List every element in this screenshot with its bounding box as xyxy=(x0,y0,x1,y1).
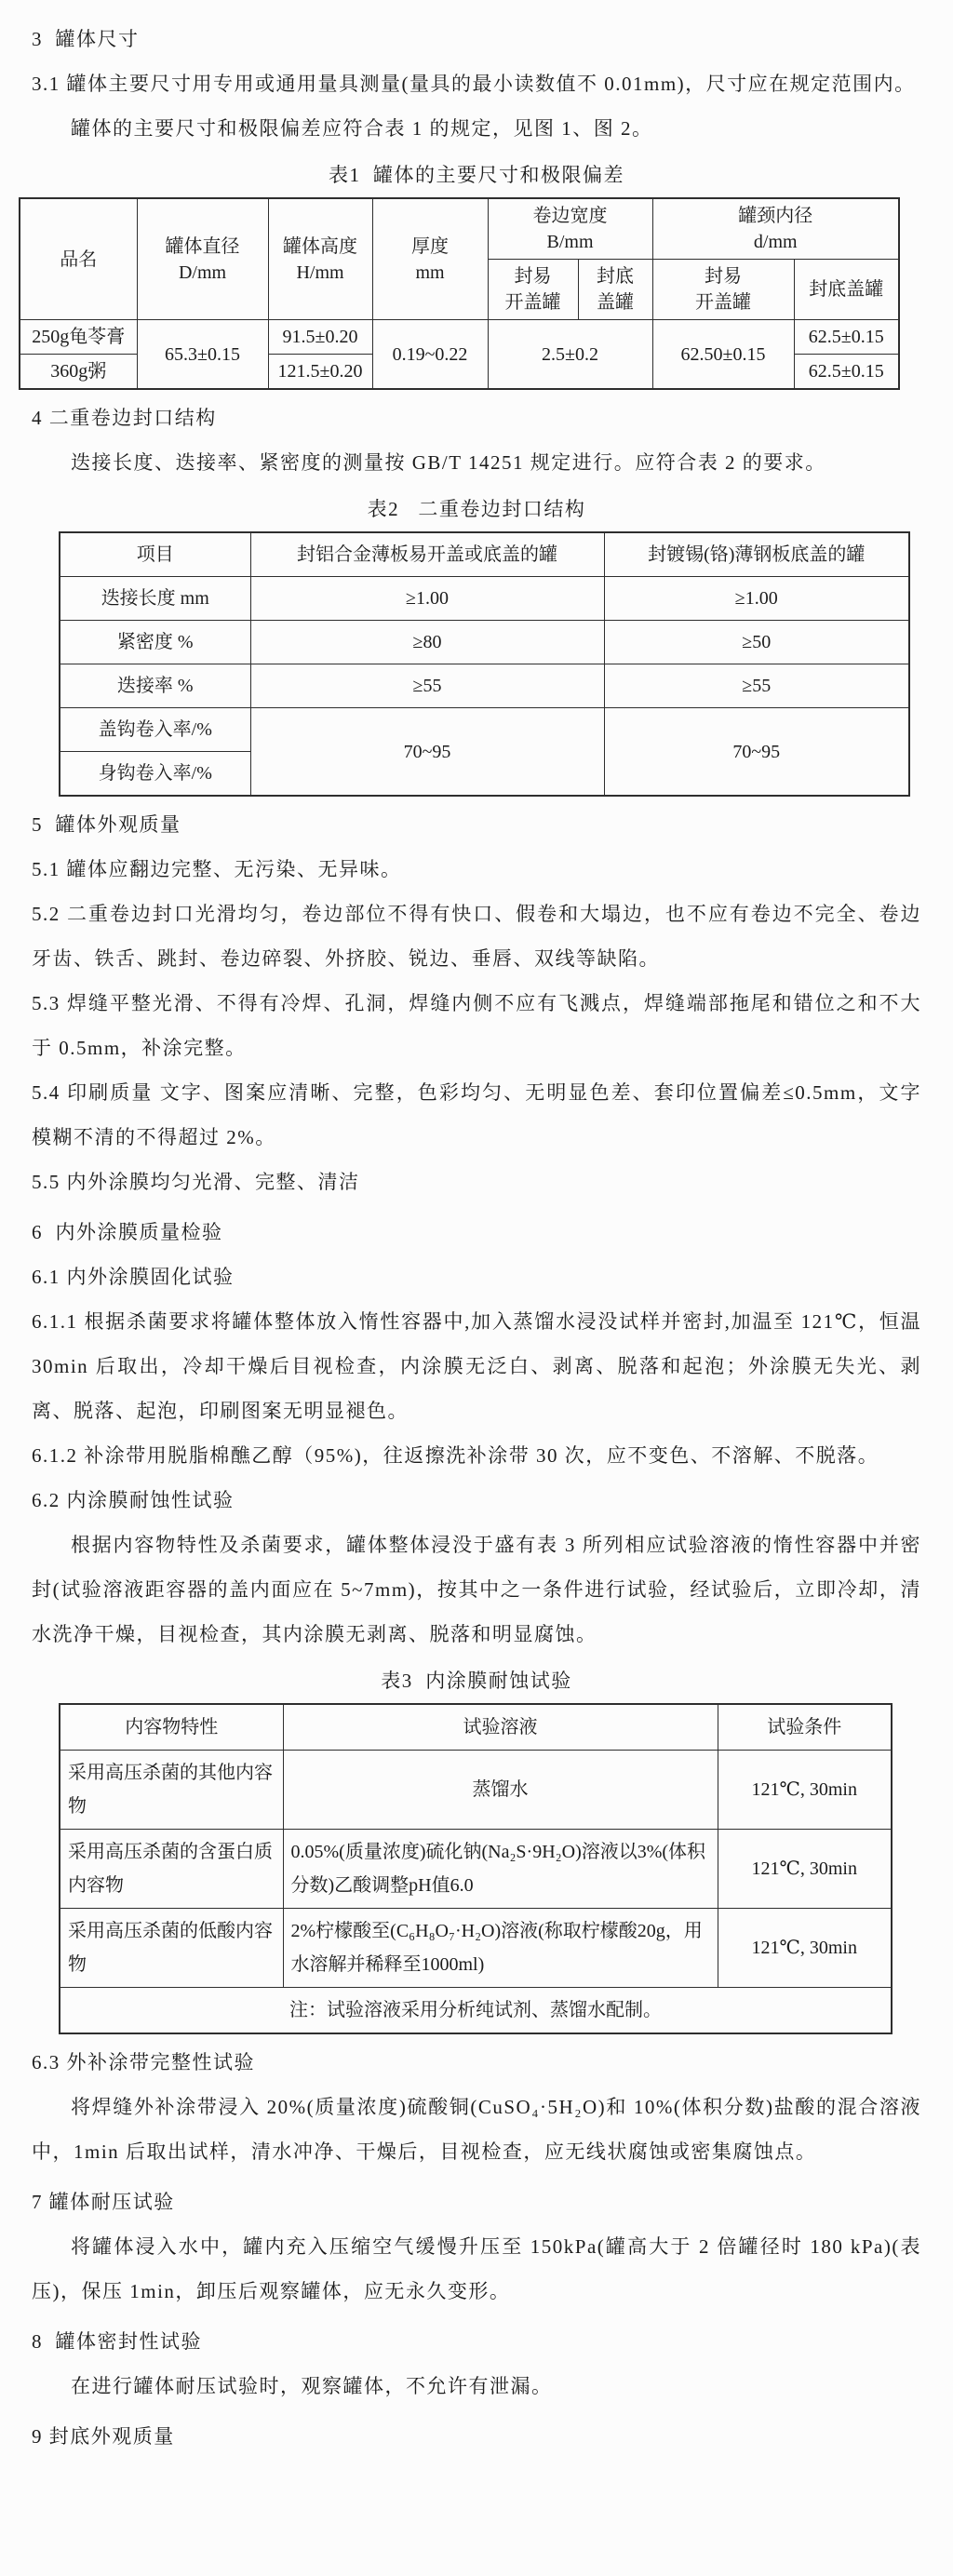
t2-header-item: 项目 xyxy=(60,532,250,577)
t1-header-neck-id: 罐颈内径 d/mm xyxy=(652,198,899,260)
heading-section-9: 9 封底外观质量 xyxy=(32,2414,921,2459)
t1-header-product: 品名 xyxy=(20,198,137,320)
heading-section-3: 3 罐体尺寸 xyxy=(32,17,921,61)
t1-header-diameter: 罐体直径 D/mm xyxy=(137,198,268,320)
t1-header-height: 罐体高度 H/mm xyxy=(268,198,372,320)
t3-row3-content: 采用高压杀菌的低酸内容物 xyxy=(60,1909,283,1988)
para-3-1: 3.1 罐体主要尺寸用专用或通用量具测量(量具的最小读数值不 0.01mm)，尺… xyxy=(32,61,921,106)
heading-section-8: 8 罐体密封性试验 xyxy=(32,2319,921,2364)
para-6-3: 6.3 外补涂带完整性试验 xyxy=(32,2040,921,2085)
table-row: 迭接长度 mm ≥1.00 ≥1.00 xyxy=(60,577,909,621)
t1-header-b-easy-open: 封易 开盖罐 xyxy=(488,260,578,320)
t1-header-d-easy-open: 封易 开盖罐 xyxy=(652,260,794,320)
table-row: 采用高压杀菌的低酸内容物 2%柠檬酸至(C₆H₈O₇·H₂O)溶液(称取柠檬酸2… xyxy=(60,1909,892,1988)
t2-body-hook-label: 身钩卷入率/% xyxy=(60,752,250,797)
table2-caption: 表2 二重卷边封口结构 xyxy=(32,487,921,531)
table1-caption: 表1 罐体的主要尺寸和极限偏差 xyxy=(32,153,921,197)
t2-overlap-rate-label: 迭接率 % xyxy=(60,664,250,708)
t2-cover-hook-label: 盖钩卷入率/% xyxy=(60,708,250,752)
t3-row3-condition: 121℃, 30min xyxy=(718,1909,892,1988)
para-table1-intro: 罐体的主要尺寸和极限偏差应符合表 1 的规定，见图 1、图 2。 xyxy=(32,106,921,151)
t3-row2-condition: 121℃, 30min xyxy=(718,1830,892,1909)
t2-hook-value-left: 70~95 xyxy=(250,708,604,797)
heading-section-7: 7 罐体耐压试验 xyxy=(32,2180,921,2224)
t3-row2-content: 采用高压杀菌的含蛋白质内容物 xyxy=(60,1830,283,1909)
heading-section-6: 6 内外涂膜质量检验 xyxy=(32,1210,921,1254)
t2-overlap-length-right: ≥1.00 xyxy=(604,577,909,621)
para-4-intro: 迭接长度、迭接率、紧密度的测量按 GB/T 14251 规定进行。应符合表 2 … xyxy=(32,440,921,485)
t1-row2-height: 121.5±0.20 xyxy=(268,355,372,390)
t1-row1-d-bottom: 62.5±0.15 xyxy=(794,320,899,355)
para-6-2-body: 根据内容物特性及杀菌要求，罐体整体浸没于盛有表 3 所列相应试验溶液的惰性容器中… xyxy=(32,1523,921,1657)
t2-tightness-right: ≥50 xyxy=(604,621,909,664)
para-5-1: 5.1 罐体应翻边完整、无污染、无异味。 xyxy=(32,847,921,892)
heading-section-4: 4 二重卷边封口结构 xyxy=(32,396,921,440)
t1-header-thickness: 厚度 mm xyxy=(372,198,488,320)
t2-tightness-label: 紧密度 % xyxy=(60,621,250,664)
t3-note: 注：试验溶液采用分析纯试剂、蒸馏水配制。 xyxy=(60,1988,892,2034)
para-8-body: 在进行罐体耐压试验时，观察罐体，不允许有泄漏。 xyxy=(32,2364,921,2408)
t1-header-d-bottom: 封底盖罐 xyxy=(794,260,899,320)
t2-overlap-length-left: ≥1.00 xyxy=(250,577,604,621)
t3-row2-solution: 0.05%(质量浓度)硫化钠(Na₂S·9H₂O)溶液以3%(体积分数)乙酸调整… xyxy=(283,1830,718,1909)
table-row: 注：试验溶液采用分析纯试剂、蒸馏水配制。 xyxy=(60,1988,892,2034)
para-6-1: 6.1 内外涂膜固化试验 xyxy=(32,1254,921,1299)
table-row: 采用高压杀菌的含蛋白质内容物 0.05%(质量浓度)硫化钠(Na₂S·9H₂O)… xyxy=(60,1830,892,1909)
para-5-3: 5.3 焊缝平整光滑、不得有冷焊、孔洞，焊缝内侧不应有飞溅点，焊缝端部拖尾和错位… xyxy=(32,981,921,1070)
table3-caption: 表3 内涂膜耐蚀试验 xyxy=(32,1658,921,1703)
table-row: 盖钩卷入率/% 70~95 70~95 xyxy=(60,708,909,752)
t3-row1-condition: 121℃, 30min xyxy=(718,1751,892,1830)
t1-row2-d-bottom: 62.5±0.15 xyxy=(794,355,899,390)
t3-row1-content: 采用高压杀菌的其他内容物 xyxy=(60,1751,283,1830)
t1-merged-d-easy-open: 62.50±0.15 xyxy=(652,320,794,390)
t1-header-seam-width: 卷边宽度 B/mm xyxy=(488,198,652,260)
t3-header-content: 内容物特性 xyxy=(60,1704,283,1751)
t1-row1-height: 91.5±0.20 xyxy=(268,320,372,355)
para-5-2: 5.2 二重卷边封口光滑均匀，卷边部位不得有快口、假卷和大塌边，也不应有卷边不完… xyxy=(32,892,921,981)
t1-header-b-bottom: 封底 盖罐 xyxy=(578,260,652,320)
para-6-1-1: 6.1.1 根据杀菌要求将罐体整体放入惰性容器中,加入蒸馏水浸没试样并密封,加温… xyxy=(32,1299,921,1433)
para-6-2: 6.2 内涂膜耐蚀性试验 xyxy=(32,1478,921,1523)
table-row: 250g龟苓膏 65.3±0.15 91.5±0.20 0.19~0.22 2.… xyxy=(20,320,899,355)
para-5-4: 5.4 印刷质量 文字、图案应清晰、完整，色彩均匀、无明显色差、套印位置偏差≤0… xyxy=(32,1070,921,1160)
para-7-body: 将罐体浸入水中，罐内充入压缩空气缓慢升压至 150kPa(罐高大于 2 倍罐径时… xyxy=(32,2224,921,2314)
table2-double-seam: 项目 封铝合金薄板易开盖或底盖的罐 封镀锡(铬)薄钢板底盖的罐 迭接长度 mm … xyxy=(59,531,910,797)
t3-row3-solution: 2%柠檬酸至(C₆H₈O₇·H₂O)溶液(称取柠檬酸20g，用水溶解并稀释至10… xyxy=(283,1909,718,1988)
t2-overlap-length-label: 迭接长度 mm xyxy=(60,577,250,621)
para-6-1-2: 6.1.2 补涂带用脱脂棉醮乙醇（95%)，往返擦洗补涂带 30 次，应不变色、… xyxy=(32,1433,921,1478)
t2-hook-value-right: 70~95 xyxy=(604,708,909,797)
t2-overlap-rate-left: ≥55 xyxy=(250,664,604,708)
table1-main-dimensions: 品名 罐体直径 D/mm 罐体高度 H/mm 厚度 mm 卷边宽度 B/mm 罐… xyxy=(19,197,900,390)
t2-tightness-left: ≥80 xyxy=(250,621,604,664)
para-6-3-body: 将焊缝外补涂带浸入 20%(质量浓度)硫酸铜(CuSO₄·5H₂O)和 10%(… xyxy=(32,2085,921,2174)
table-row: 采用高压杀菌的其他内容物 蒸馏水 121℃, 30min xyxy=(60,1751,892,1830)
t2-header-aluminum: 封铝合金薄板易开盖或底盖的罐 xyxy=(250,532,604,577)
para-5-5: 5.5 内外涂膜均匀光滑、完整、清洁 xyxy=(32,1160,921,1204)
heading-section-5: 5 罐体外观质量 xyxy=(32,802,921,847)
t1-merged-diameter: 65.3±0.15 xyxy=(137,320,268,390)
t1-row1-product: 250g龟苓膏 xyxy=(20,320,137,355)
t3-row1-solution: 蒸馏水 xyxy=(283,1751,718,1830)
table3-corrosion-test: 内容物特性 试验溶液 试验条件 采用高压杀菌的其他内容物 蒸馏水 121℃, 3… xyxy=(59,1703,893,2034)
t3-header-condition: 试验条件 xyxy=(718,1704,892,1751)
table-row: 迭接率 % ≥55 ≥55 xyxy=(60,664,909,708)
t2-overlap-rate-right: ≥55 xyxy=(604,664,909,708)
t1-merged-thickness: 0.19~0.22 xyxy=(372,320,488,390)
t3-header-solution: 试验溶液 xyxy=(283,1704,718,1751)
table-row: 紧密度 % ≥80 ≥50 xyxy=(60,621,909,664)
document-page: 3 罐体尺寸 3.1 罐体主要尺寸用专用或通用量具测量(量具的最小读数值不 0.… xyxy=(0,0,953,2459)
t1-row2-product: 360g粥 xyxy=(20,355,137,390)
t2-header-tinplate: 封镀锡(铬)薄钢板底盖的罐 xyxy=(604,532,909,577)
t1-merged-seam-width: 2.5±0.2 xyxy=(488,320,652,390)
